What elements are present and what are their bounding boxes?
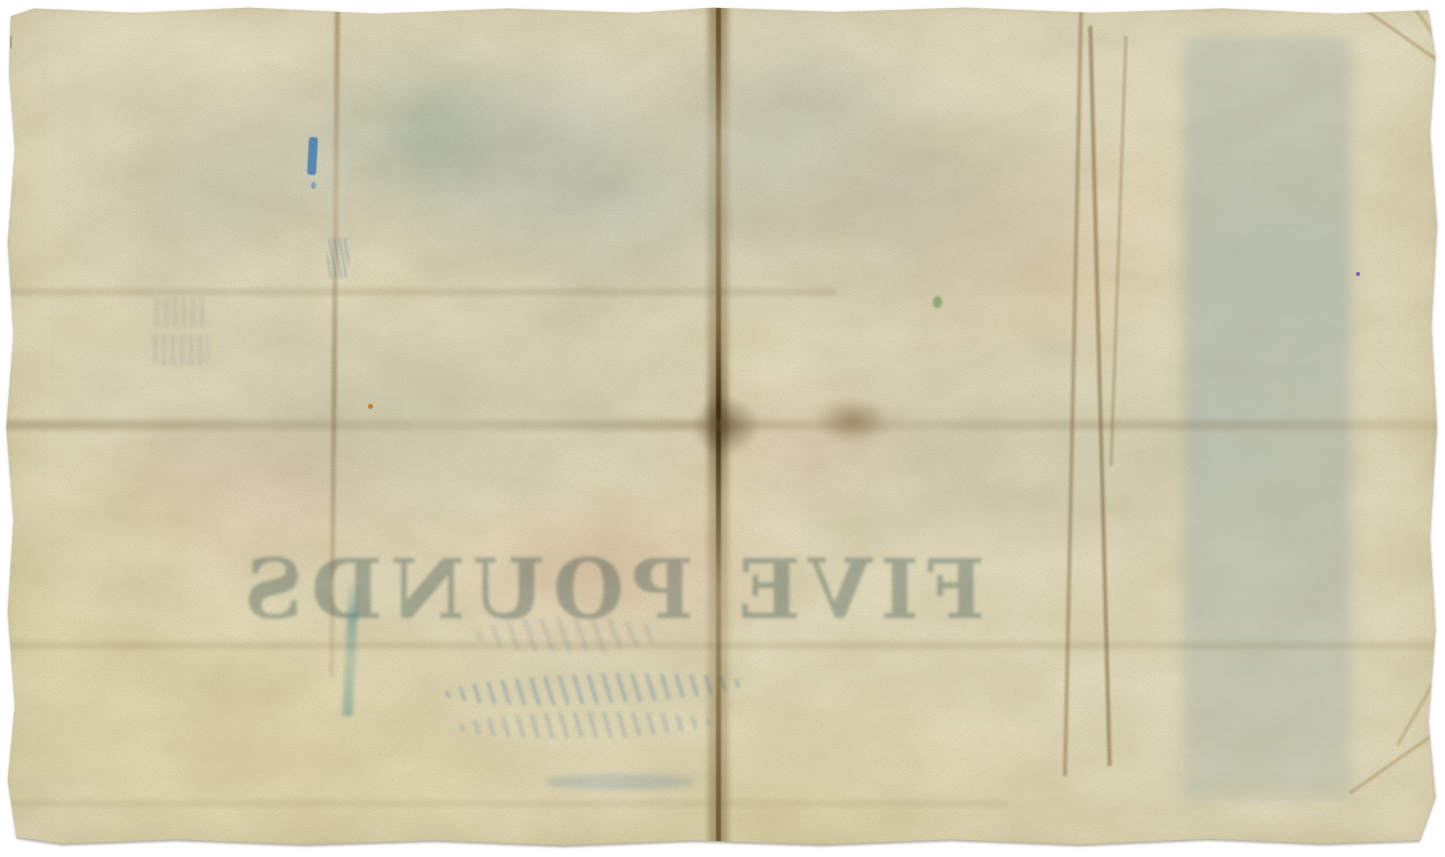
edge-toning-vignette <box>5 6 1438 847</box>
banknote: FIVE POUNDS <box>5 6 1438 847</box>
scanner-background: FIVE POUNDS <box>0 0 1445 857</box>
banknote-shadow-wrap: FIVE POUNDS <box>5 6 1438 847</box>
